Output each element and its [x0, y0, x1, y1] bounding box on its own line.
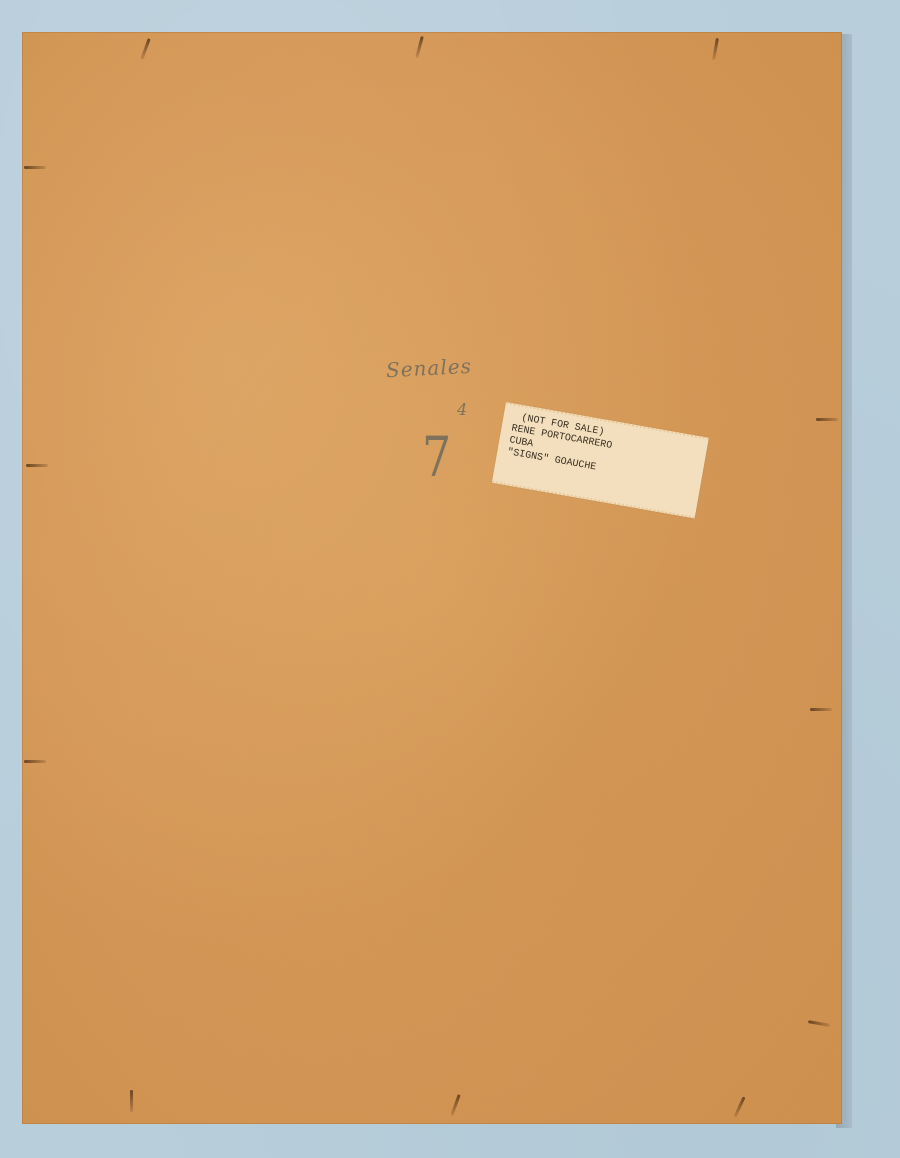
backing-board [22, 32, 842, 1124]
nail-icon [733, 1096, 745, 1117]
nail-icon [24, 166, 46, 169]
handwritten-title: Senales [385, 354, 472, 382]
nail-icon [810, 708, 832, 711]
nail-icon [26, 464, 48, 467]
handwritten-large-number: 7 [422, 425, 451, 490]
nail-icon [415, 36, 424, 58]
nail-icon [130, 1090, 133, 1112]
nail-icon [140, 38, 150, 60]
nail-icon [712, 38, 719, 60]
nail-icon [450, 1094, 460, 1116]
handwritten-small-number: 4 [457, 400, 467, 419]
nail-icon [24, 760, 46, 763]
nail-icon [808, 1020, 830, 1027]
nail-icon [816, 418, 838, 421]
